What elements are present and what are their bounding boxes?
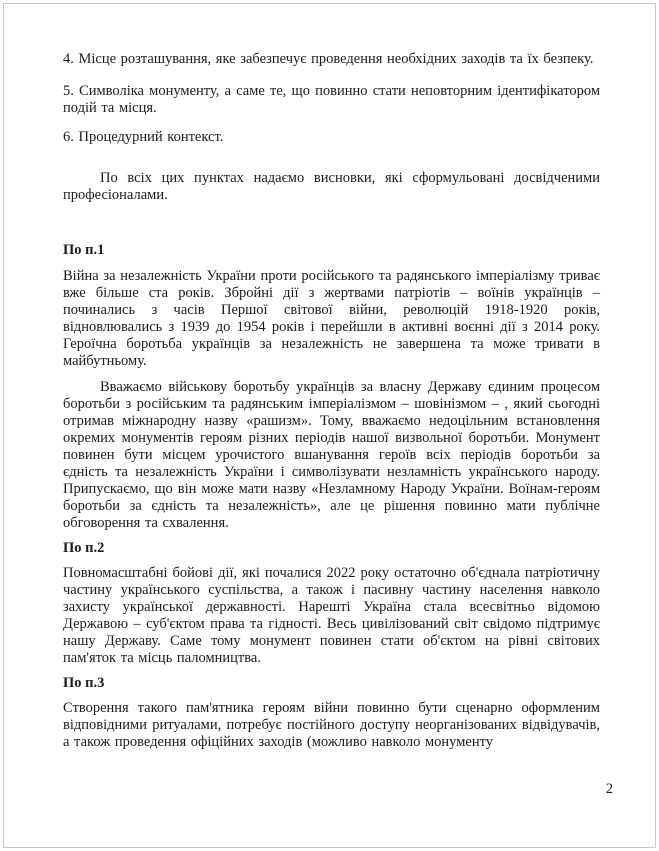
section-p3-paragraph-1: Створення такого пам'ятника героям війни… bbox=[63, 700, 600, 751]
section-p1-paragraph-1: Війна за незалежність України проти росі… bbox=[63, 268, 600, 370]
numbered-item-4: 4. Місце розташування, яке забезпечує пр… bbox=[63, 51, 600, 68]
page-number: 2 bbox=[606, 781, 613, 798]
document-body: 4. Місце розташування, яке забезпечує пр… bbox=[63, 51, 600, 751]
numbered-item-6: 6. Процедурний контекст. bbox=[63, 129, 600, 146]
section-p2-paragraph-1: Повномасштабні бойові дії, які почалися … bbox=[63, 565, 600, 667]
numbered-item-5: 5. Символіка монументу, а саме те, що по… bbox=[63, 83, 600, 117]
section-heading-p1: По п.1 bbox=[63, 242, 600, 259]
intro-paragraph: По всіх цих пунктах надаємо висновки, як… bbox=[63, 170, 600, 204]
section-heading-p2: По п.2 bbox=[63, 540, 600, 557]
section-heading-p3: По п.3 bbox=[63, 675, 600, 692]
section-p1-paragraph-2: Вважаємо військову боротьбу українців за… bbox=[63, 379, 600, 532]
